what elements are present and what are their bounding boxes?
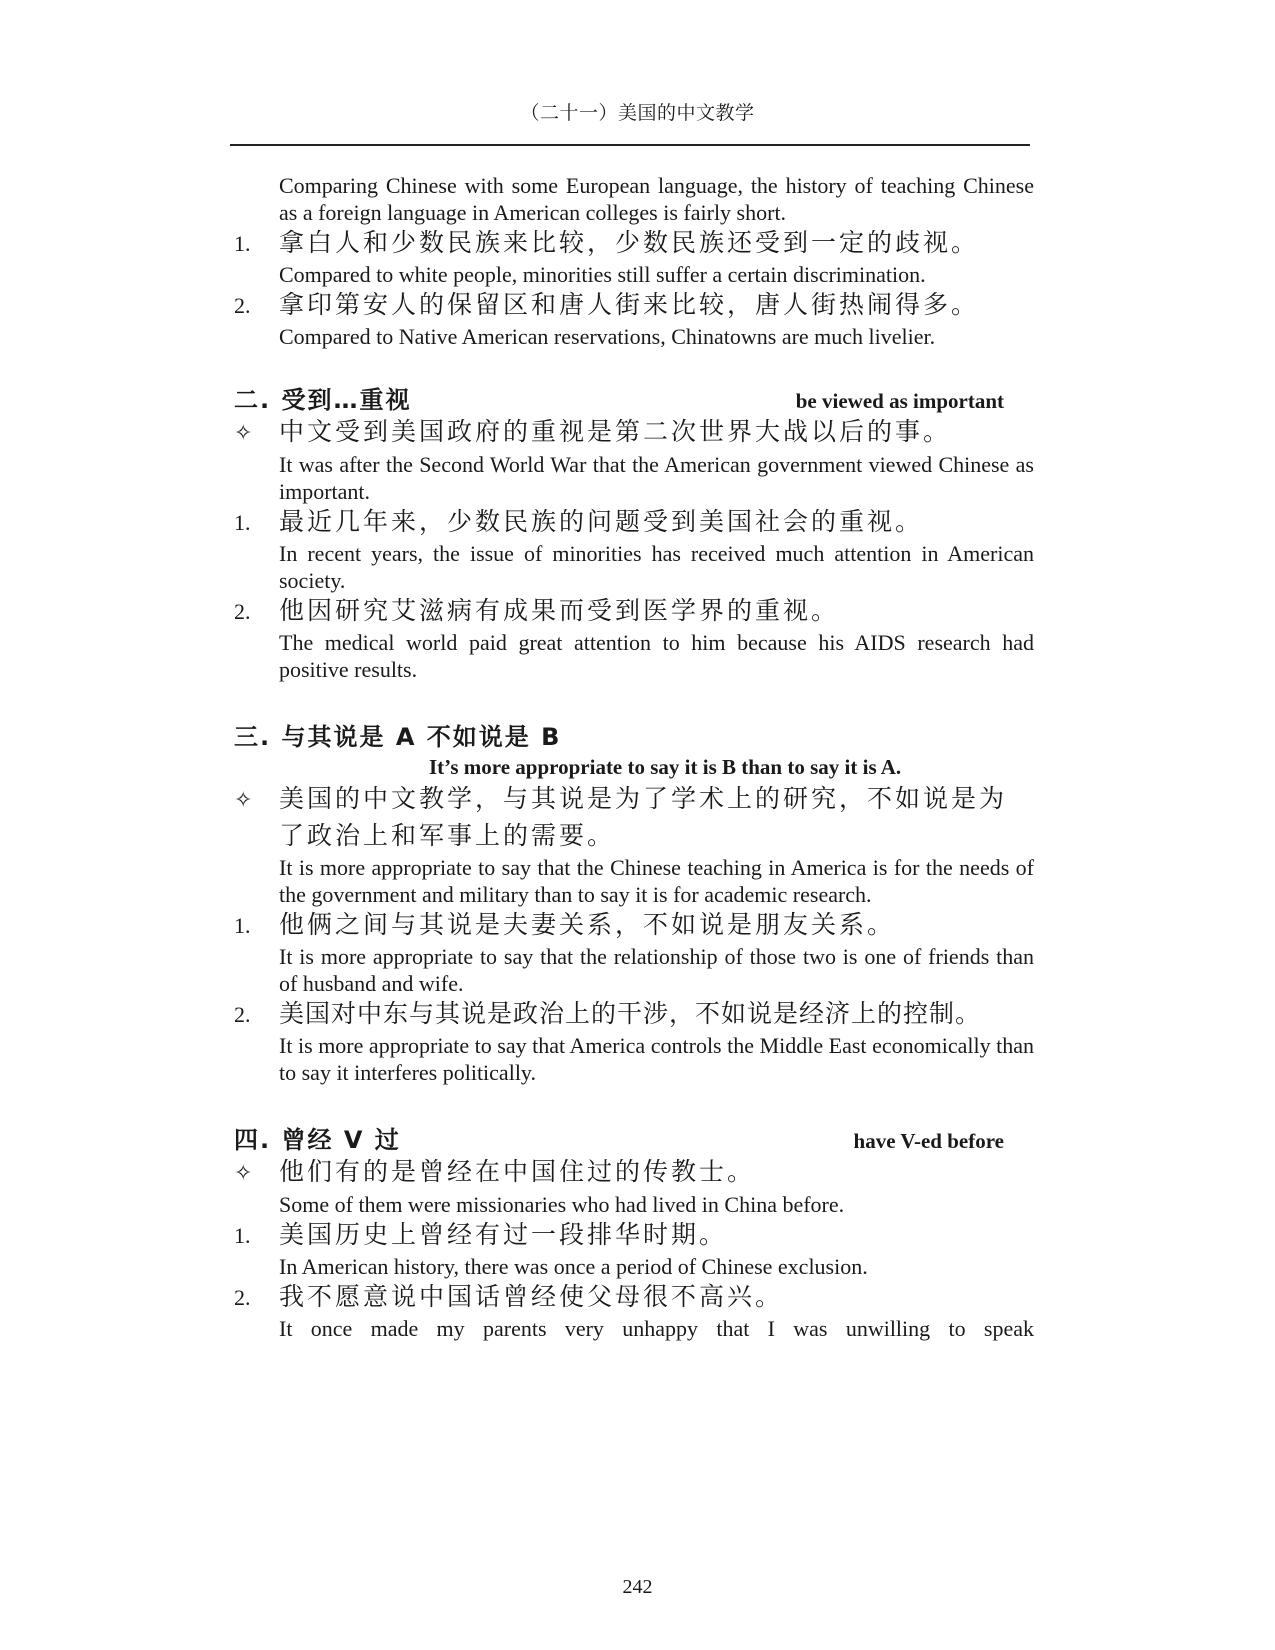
section2-lead: ✧ 中文受到美国政府的重视是第二次世界大战以后的事。 It was after … [234,415,1034,505]
section-number: 四. [234,1126,271,1154]
example-number: 2. [234,998,279,1032]
section-title-en: be viewed as important [796,389,1004,414]
lead-chinese-line2: 了政治上和军事上的需要。 [279,818,1034,854]
example-translation: It is more appropriate to say that Ameri… [279,1032,1034,1086]
example-chinese: 拿白人和少数民族来比较，少数民族还受到一定的歧视。 [279,226,979,260]
section1-example-2: 2. 拿印第安人的保留区和唐人街来比较，唐人街热闹得多。 Compared to… [234,288,1034,350]
example-chinese: 最近几年来，少数民族的问题受到美国社会的重视。 [279,505,923,539]
diamond-bullet-icon: ✧ [234,1157,279,1191]
page-number: 242 [0,1576,1275,1599]
example-chinese: 美国对中东与其说是政治上的干涉，不如说是经济上的控制。 [279,997,981,1031]
lead-translation: It is more appropriate to say that the C… [279,854,1034,908]
intro-translation: Comparing Chinese with some European lan… [279,172,1034,226]
example-translation: Compared to white people, minorities sti… [279,261,1034,288]
example-translation: It once made my parents very unhappy tha… [279,1315,1034,1342]
lead-chinese-line1: 美国的中文教学，与其说是为了学术上的研究，不如说是为 [279,782,1007,816]
example-translation: In American history, there was once a pe… [279,1253,1034,1280]
example-translation: It is more appropriate to say that the r… [279,943,1034,997]
section4-lead: ✧ 他们有的是曾经在中国住过的传教士。 Some of them were mi… [234,1155,1034,1218]
running-header: （二十一）美国的中文教学 [0,98,1275,125]
example-chinese: 我不愿意说中国话曾经使父母很不高兴。 [279,1280,783,1314]
lead-translation: Some of them were missionaries who had l… [279,1191,1034,1218]
section2-example-1: 1. 最近几年来，少数民族的问题受到美国社会的重视。 In recent yea… [234,505,1034,594]
section-heading-2: 二. 受到…重视 be viewed as important [234,380,1034,415]
example-number: 2. [234,595,279,629]
diamond-bullet-icon: ✧ [234,784,279,818]
example-number: 2. [234,1281,279,1315]
section-title-zh: 二. 受到…重视 [234,380,411,415]
example-chinese: 他俩之间与其说是夫妻关系，不如说是朋友关系。 [279,908,895,942]
example-number: 1. [234,1219,279,1253]
diamond-bullet-icon: ✧ [234,417,279,451]
page-body: Comparing Chinese with some European lan… [234,172,1034,1342]
section3-example-1: 1. 他俩之间与其说是夫妻关系，不如说是朋友关系。 It is more app… [234,908,1034,997]
section-title-zh: 三. 与其说是 A 不如说是 B [234,717,561,752]
example-chinese: 他因研究艾滋病有成果而受到医学界的重视。 [279,594,839,628]
lead-chinese: 中文受到美国政府的重视是第二次世界大战以后的事。 [279,415,951,449]
section2-example-2: 2. 他因研究艾滋病有成果而受到医学界的重视。 The medical worl… [234,594,1034,683]
section-heading-4: 四. 曾经 V 过 have V-ed before [234,1120,1034,1155]
section4-example-1: 1. 美国历史上曾经有过一段排华时期。 In American history,… [234,1218,1034,1280]
section-pattern: 受到…重视 [281,386,411,414]
example-translation: In recent years, the issue of minorities… [279,540,1034,594]
section-heading-3: 三. 与其说是 A 不如说是 B [234,717,1034,752]
section-title-en: have V-ed before [854,1129,1004,1154]
section-title-en: It’s more appropriate to say it is B tha… [429,752,1034,782]
section3-example-2: 2. 美国对中东与其说是政治上的干涉，不如说是经济上的控制。 It is mor… [234,997,1034,1086]
section-pattern: 曾经 V 过 [281,1126,400,1154]
example-translation: The medical world paid great attention t… [279,629,1034,683]
example-number: 1. [234,909,279,943]
section-number: 三. [234,723,271,751]
example-chinese: 美国历史上曾经有过一段排华时期。 [279,1218,727,1252]
example-number: 1. [234,227,279,261]
example-number: 2. [234,289,279,323]
section4-example-2: 2. 我不愿意说中国话曾经使父母很不高兴。 It once made my pa… [234,1280,1034,1342]
lead-chinese: 他们有的是曾经在中国住过的传教士。 [279,1155,755,1189]
section-pattern: 与其说是 A 不如说是 B [281,723,561,751]
example-number: 1. [234,506,279,540]
section-number: 二. [234,386,271,414]
section-title-zh: 四. 曾经 V 过 [234,1120,401,1155]
section3-lead: ✧ 美国的中文教学，与其说是为了学术上的研究，不如说是为 了政治上和军事上的需要… [234,782,1034,908]
section1-example-1: 1. 拿白人和少数民族来比较，少数民族还受到一定的歧视。 Compared to… [234,226,1034,288]
lead-translation: It was after the Second World War that t… [279,451,1034,505]
header-rule [230,144,1030,146]
example-chinese: 拿印第安人的保留区和唐人街来比较，唐人街热闹得多。 [279,288,979,322]
example-translation: Compared to Native American reservations… [279,323,1034,350]
